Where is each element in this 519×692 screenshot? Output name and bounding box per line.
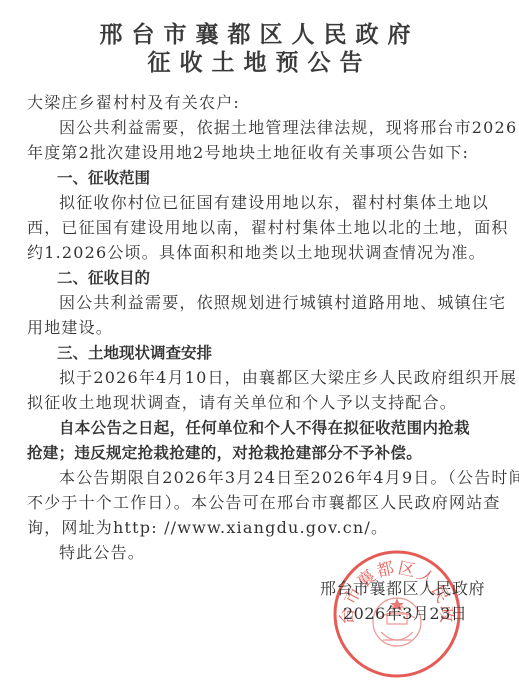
section-heading-survey: 三、土地现状调查安排 [57, 342, 503, 364]
addressee: 大梁庄乡翟村村及有关农户: [27, 92, 473, 114]
period-line-2: 不少于十个工作日）。本公告可在邢台市襄都区人民政府网站查 [27, 492, 473, 514]
purpose-line-1: 因公共利益需要，依照规划进行城镇村道路用地、城镇住宅 [59, 292, 473, 314]
section-heading-purpose: 二、征收目的 [57, 267, 503, 289]
signature-issuer: 邢台市襄都区人民政府 [320, 576, 485, 599]
scope-line-2: 西，已征国有建设用地以南，翟村村集体土地以北的土地，面积 [27, 217, 473, 239]
survey-line-2: 拟征收土地现状调查，请有关单位和个人予以支持配合。 [27, 392, 473, 414]
scope-line-3: 约1.2026公顷。具体面积和地类以土地现状调查情况为准。 [27, 242, 473, 264]
intro-line-2: 年度第2批次建设用地2号地块土地征收有关事项公告如下: [27, 142, 473, 164]
purpose-line-2: 用地建设。 [27, 317, 473, 339]
signature-date: 2026年3月23日 [343, 601, 467, 624]
warning-line-2: 抢建；违反规定抢栽抢建的，对抢栽抢建部分不予补偿。 [27, 442, 473, 464]
document-title: 征收土地预公告 [0, 44, 519, 77]
section-heading-scope: 一、征收范围 [57, 167, 503, 189]
period-line-1: 本公告期限自2026年3月24日至2026年4月9日。（公告时间 [59, 467, 473, 489]
period-line-3-website: 询，网址为http: //www.xiangdu.gov.cn/。 [27, 517, 473, 539]
scope-line-1: 拟征收你村位已征国有建设用地以东，翟村村集体土地以 [59, 192, 473, 214]
survey-line-1: 拟于2026年4月10日，由襄都区大梁庄乡人民政府组织开展 [59, 367, 473, 389]
intro-line-1: 因公共利益需要，依据土地管理法律法规，现将邢台市2026 [59, 117, 473, 139]
warning-line-1: 自本公告之日起，任何单位和个人不得在拟征收范围内抢栽 [59, 417, 473, 439]
